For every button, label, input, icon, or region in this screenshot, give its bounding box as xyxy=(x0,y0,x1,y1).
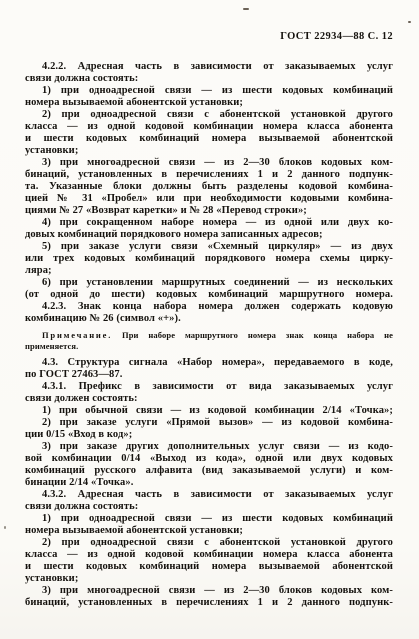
list-item-5: 5) при заказе услуги связи «Схемный цирк… xyxy=(25,241,393,277)
note-block: Примечание. При наборе маршрутного номер… xyxy=(25,330,393,351)
text-line: связи должен состоять: xyxy=(25,393,393,405)
text-line: по ГОСТ 27463—87. xyxy=(25,369,393,381)
text-line: применяется. xyxy=(25,341,393,352)
paragraph-4-3: 4.3. Структура сигнала «Набор номера», п… xyxy=(25,357,393,381)
paragraph-4-2-2: 4.2.2. Адресная часть в зависимости от з… xyxy=(25,61,393,85)
text-line: класса — из одной кодовой комбинации ном… xyxy=(25,121,393,133)
list-item-1b: 1) при обычной связи — из кодовой комбин… xyxy=(25,405,393,417)
list-item-1: 1) при одноадресной связи — из шести код… xyxy=(25,85,393,109)
text-line: связи должна состоять: xyxy=(25,73,393,85)
list-item-3b: 3) при заказе других дополнительных услу… xyxy=(25,441,393,489)
document-page: ГОСТ 22934—88 С. 12 4.2.2. Адресная част… xyxy=(0,0,419,639)
text-line: связи должна состоять: xyxy=(25,501,393,513)
page-header: ГОСТ 22934—88 С. 12 xyxy=(25,31,393,43)
text-line: ции 0/15 «Вход в код»; xyxy=(25,429,393,441)
text-line: и шести кодовых комбинаций номера вызыва… xyxy=(25,561,393,573)
text-line: 1) при одноадресной связи — из шести код… xyxy=(25,513,393,525)
text-line: 4) при сокращенном наборе номера — из од… xyxy=(25,217,393,229)
list-item-2c: 2) при одноадресной связи с абонентской … xyxy=(25,537,393,585)
note-text: При наборе маршрутного номера знак конца… xyxy=(112,330,393,340)
text-line: 4.3.1. Префикс в зависимости от вида зак… xyxy=(25,381,393,393)
list-item-3: 3) при многоадресной связи — из 2—30 бло… xyxy=(25,157,393,217)
text-line: 4.2.2. Адресная часть в зависимости от з… xyxy=(25,61,393,73)
text-line: 2) при одноадресной связи с абонентской … xyxy=(25,537,393,549)
list-item-4: 4) при сокращенном наборе номера — из од… xyxy=(25,217,393,241)
text-line: 1) при одноадресной связи — из шести код… xyxy=(25,85,393,97)
text-line: 3) при многоадресной связи — из 2—30 бло… xyxy=(25,585,393,597)
text-line: номера вызываемой абонентской установки; xyxy=(25,97,393,109)
list-item-2: 2) при одноадресной связи с абонентской … xyxy=(25,109,393,157)
list-item-3c: 3) при многоадресной связи — из 2—30 бло… xyxy=(25,585,393,609)
paragraph-4-2-3: 4.2.3. Знак конца набора номера должен с… xyxy=(25,301,393,325)
text-line: 3) при многоадресной связи — из 2—30 бло… xyxy=(25,157,393,169)
paragraph-4-3-1: 4.3.1. Префикс в зависимости от вида зак… xyxy=(25,381,393,405)
text-line: номера вызываемой абонентской установки; xyxy=(25,525,393,537)
text-line: вой комбинации 0/14 «Выход из кода», одн… xyxy=(25,453,393,465)
text-line: и шести кодовых комбинаций номера вызыва… xyxy=(25,133,393,145)
paragraph-4-3-2: 4.3.2. Адресная часть в зависимости от з… xyxy=(25,489,393,513)
text-line: та. Указанные блоки должны быть разделен… xyxy=(25,181,393,193)
scan-noise-speck xyxy=(408,21,411,23)
text-line: 5) при заказе услуги связи «Схемный цирк… xyxy=(25,241,393,253)
text-line: 6) при установлении маршрутных соединени… xyxy=(25,277,393,289)
text-line: Примечание. При наборе маршрутного номер… xyxy=(25,330,393,341)
text-line: класса — из одной кодовой комбинации ном… xyxy=(25,549,393,561)
text-line: циями № 27 «Возврат каретки» и № 28 «Пер… xyxy=(25,205,393,217)
text-line: установки; xyxy=(25,145,393,157)
text-line: ляра; xyxy=(25,265,393,277)
text-line: установки; xyxy=(25,573,393,585)
text-line: 4.3.2. Адресная часть в зависимости от з… xyxy=(25,489,393,501)
text-line: 4.2.3. Знак конца набора номера должен с… xyxy=(25,301,393,313)
text-line: цией № 31 «Пробел» или при необходимости… xyxy=(25,193,393,205)
list-item-2b: 2) при заказе услуги «Прямой вызов» — из… xyxy=(25,417,393,441)
list-item-1c: 1) при одноадресной связи — из шести код… xyxy=(25,513,393,537)
scan-noise-speck xyxy=(243,8,249,10)
text-line: комбинацию № 26 (символ «+»). xyxy=(25,313,393,325)
text-line: бинаций, установленных в перечислениях 1… xyxy=(25,169,393,181)
list-item-6: 6) при установлении маршрутных соединени… xyxy=(25,277,393,301)
scan-noise-speck xyxy=(4,526,6,529)
text-line: (от одной до шести) кодовых комбинаций м… xyxy=(25,289,393,301)
text-line: комбинаций русского алфавита (вид заказы… xyxy=(25,465,393,477)
text-line: или трех кодовых комбинаций порядкового … xyxy=(25,253,393,265)
text-line: бинаций, установленных в перечислениях 1… xyxy=(25,597,393,609)
text-line: 2) при одноадресной связи с абонентской … xyxy=(25,109,393,121)
page-content: ГОСТ 22934—88 С. 12 4.2.2. Адресная част… xyxy=(25,31,393,609)
text-line: довых комбинаций порядкового номера запи… xyxy=(25,229,393,241)
text-line: 3) при заказе других дополнительных услу… xyxy=(25,441,393,453)
text-line: 1) при обычной связи — из кодовой комбин… xyxy=(25,405,393,417)
text-line: бинации 2/14 «Точка». xyxy=(25,477,393,489)
text-line: 2) при заказе услуги «Прямой вызов» — из… xyxy=(25,417,393,429)
text-line: 4.3. Структура сигнала «Набор номера», п… xyxy=(25,357,393,369)
note-label: Примечание. xyxy=(42,330,112,340)
